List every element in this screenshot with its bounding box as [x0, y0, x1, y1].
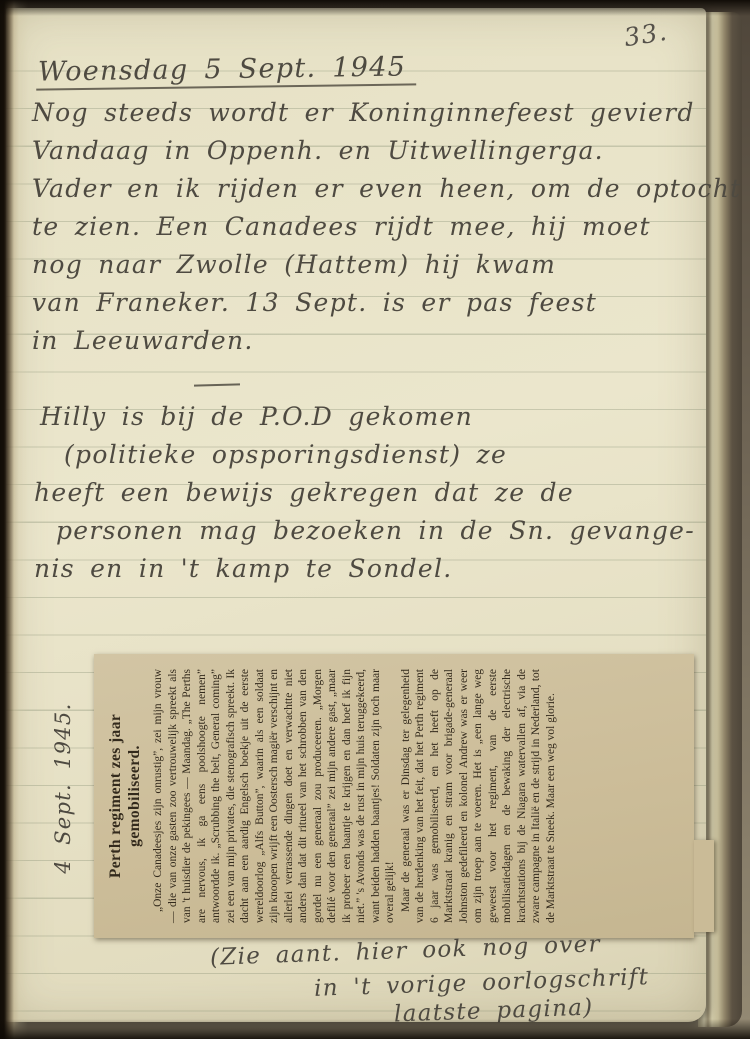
handwritten-line: Hilly is bij de P.O.D gekomen: [34, 398, 666, 436]
article-headline: Perth regiment zes jaar gemobiliseerd.: [106, 675, 144, 917]
top-edge-shadow: [0, 0, 750, 16]
bottom-edge-shadow: [0, 1019, 750, 1039]
page-number: 33.: [622, 17, 670, 52]
notebook-page: 33. Woensdag 5 Sept. 1945 Nog steeds wor…: [6, 8, 706, 1022]
entry-date-heading: Woensdag 5 Sept. 1945: [36, 51, 417, 90]
handwritten-line: heeft een bewijs gekregen dat ze de: [34, 474, 666, 512]
handwritten-line: Vandaag in Oppenh. en Uitwellingerga.: [32, 132, 666, 170]
handwritten-line: van Franeker. 13 Sept. is er pas feest: [32, 284, 666, 322]
article-paragraph: Maar de generaal was er Dinsdag ter gele…: [399, 669, 559, 923]
newspaper-clipping: Perth regiment zes jaar gemobiliseerd. „…: [94, 654, 694, 938]
footnote-line: in 't vorige oorlogschrift: [314, 964, 650, 1002]
diary-entry-2: Hilly is bij de P.O.D gekomen (politieke…: [34, 398, 666, 588]
handwritten-line: personen mag bezoeken in de Sn. gevange-: [34, 512, 666, 550]
clipping-date-annotation: 4 Sept. 1945.: [51, 695, 75, 881]
handwritten-line: (politieke opsporingsdienst) ze: [34, 436, 666, 474]
handwritten-line: Nog steeds wordt er Koninginnefeest gevi…: [32, 94, 666, 132]
diary-page-scan: 33. Woensdag 5 Sept. 1945 Nog steeds wor…: [0, 0, 750, 1039]
section-divider: [194, 383, 240, 386]
handwritten-line: Vader en ik rijden er even heen, om de o…: [32, 170, 666, 208]
handwritten-line: in Leeuwarden.: [32, 322, 666, 360]
binding-edge-shadow: [0, 0, 28, 1039]
article-paragraph: „Onze Canadeesjes zijn onrustig”, zei mi…: [151, 669, 398, 923]
diary-entry-1: Nog steeds wordt er Koninginnefeest gevi…: [32, 94, 666, 360]
clipping-article: Perth regiment zes jaar gemobiliseerd. „…: [94, 654, 694, 938]
clipping-torn-edge: [694, 840, 714, 932]
handwritten-line: nis en in 't kamp te Sondel.: [34, 550, 666, 588]
handwritten-line: nog naar Zwolle (Hattem) hij kwam: [32, 246, 666, 284]
handwritten-line: te zien. Een Canadees rijdt mee, hij moe…: [32, 208, 666, 246]
